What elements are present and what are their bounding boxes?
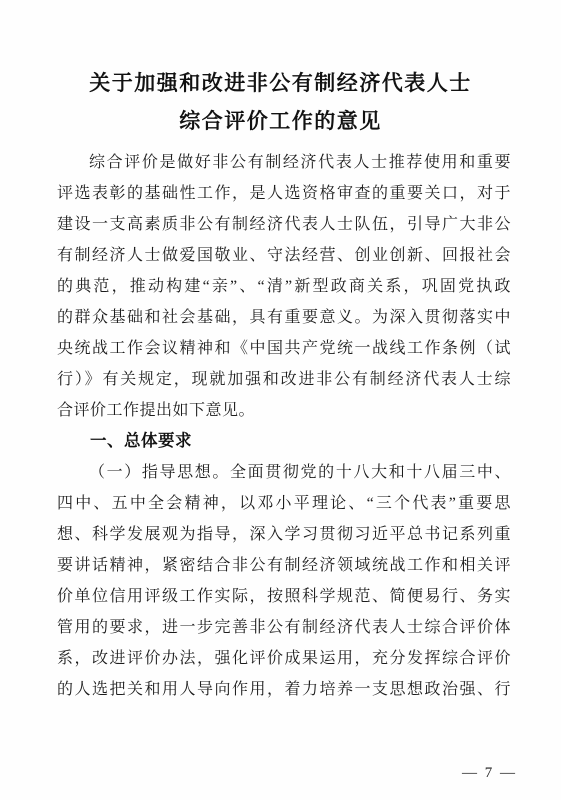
paragraph2-line: 系，改进评价办法，强化评价成果运用，充分发挥综合评价: [57, 643, 511, 674]
paragraph1-line: 央统战工作会议精神和《中国共产党统一战线工作条例（试: [57, 333, 511, 364]
paragraph2-line: 的人选把关和用人导向作用，着力培养一支思想政治强、行: [57, 674, 511, 705]
paragraph2-line: 四中、五中全会精神，以邓小平理论、“三个代表”重要思: [57, 488, 511, 519]
document-page: 关于加强和改进非公有制经济代表人士 综合评价工作的意见 综合评价是做好非公有制经…: [0, 0, 561, 800]
paragraph1-line: 合评价工作提出如下意见。: [57, 395, 511, 426]
paragraph2-line: 想、科学发展观为指导，深入学习贯彻习近平总书记系列重: [57, 519, 511, 550]
document-title-line-2: 综合评价工作的意见: [0, 102, 561, 140]
paragraph2-line: 价单位信用评级工作实际，按照科学规范、简便易行、务实: [57, 581, 511, 612]
paragraph2-line: （一）指导思想。全面贯彻党的十八大和十八届三中、: [57, 457, 511, 488]
document-title-line-1: 关于加强和改进非公有制经济代表人士: [0, 64, 561, 102]
paragraph1-line: 综合评价是做好非公有制经济代表人士推荐使用和重要: [57, 147, 511, 178]
paragraph2-line: 管用的要求，进一步完善非公有制经济代表人士综合评价体: [57, 612, 511, 643]
page-number: — 7 —: [462, 765, 517, 782]
paragraph1-line: 建设一支高素质非公有制经济代表人士队伍，引导广大非公: [57, 209, 511, 240]
paragraph2-line: 要讲话精神，紧密结合非公有制经济领域统战工作和相关评: [57, 550, 511, 581]
document-body: 综合评价是做好非公有制经济代表人士推荐使用和重要 评选表彰的基础性工作，是人选资…: [57, 147, 511, 705]
document-title: 关于加强和改进非公有制经济代表人士 综合评价工作的意见: [0, 64, 561, 140]
paragraph1-line: 有制经济人士做爱国敬业、守法经营、创业创新、回报社会: [57, 240, 511, 271]
paragraph1-line: 的典范，推动构建“亲”、“清”新型政商关系，巩固党执政: [57, 271, 511, 302]
paragraph1-line: 行）》有关规定，现就加强和改进非公有制经济代表人士综: [57, 364, 511, 395]
paragraph1-line: 的群众基础和社会基础，具有重要意义。为深入贯彻落实中: [57, 302, 511, 333]
paragraph1-line: 评选表彰的基础性工作，是人选资格审查的重要关口，对于: [57, 178, 511, 209]
section-heading: 一、总体要求: [57, 426, 511, 457]
